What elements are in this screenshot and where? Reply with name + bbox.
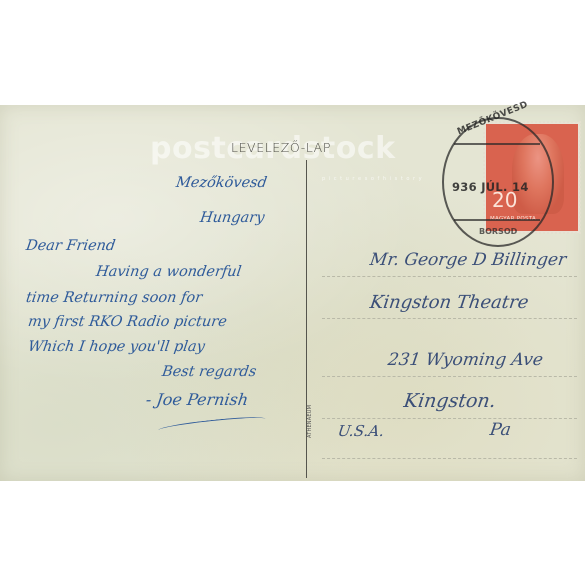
postcard-heading: LEVELEZŐ-LAP <box>231 140 331 155</box>
watermark-subtitle: p i c t u r e s o f h i s t o r y <box>322 176 423 182</box>
address-line-rule <box>322 418 577 419</box>
address-city: Kingston. <box>402 390 497 412</box>
place-line-1: Mezőkövesd <box>175 175 268 191</box>
postmark-date: 936 JÚL. 14 <box>452 180 529 194</box>
address-line-rule <box>322 318 577 319</box>
message-line-1: Having a wonderful <box>95 264 242 280</box>
address-recipient: Mr. George D Billinger <box>369 250 568 270</box>
greeting: Dear Friend <box>25 238 116 254</box>
publisher-imprint: ATHENAEUM <box>307 405 313 438</box>
address-state: Pa <box>489 420 513 440</box>
message-line-4: Which I hope you'll play <box>27 339 206 355</box>
signature: - Joe Pernish <box>145 390 250 409</box>
address-line-rule <box>322 458 577 459</box>
address-street: 231 Wyoming Ave <box>387 350 545 370</box>
message-line-3: my first RKO Radio picture <box>27 314 228 330</box>
closing: Best regards <box>161 364 257 380</box>
place-line-2: Hungary <box>199 210 266 226</box>
postmark-region: BORSOD <box>479 227 517 236</box>
address-venue: Kingston Theatre <box>369 292 530 313</box>
address-line-rule <box>322 376 577 377</box>
message-line-2: time Returning soon for <box>25 290 203 306</box>
address-country: U.S.A. <box>337 422 386 440</box>
address-line-rule <box>322 276 577 277</box>
